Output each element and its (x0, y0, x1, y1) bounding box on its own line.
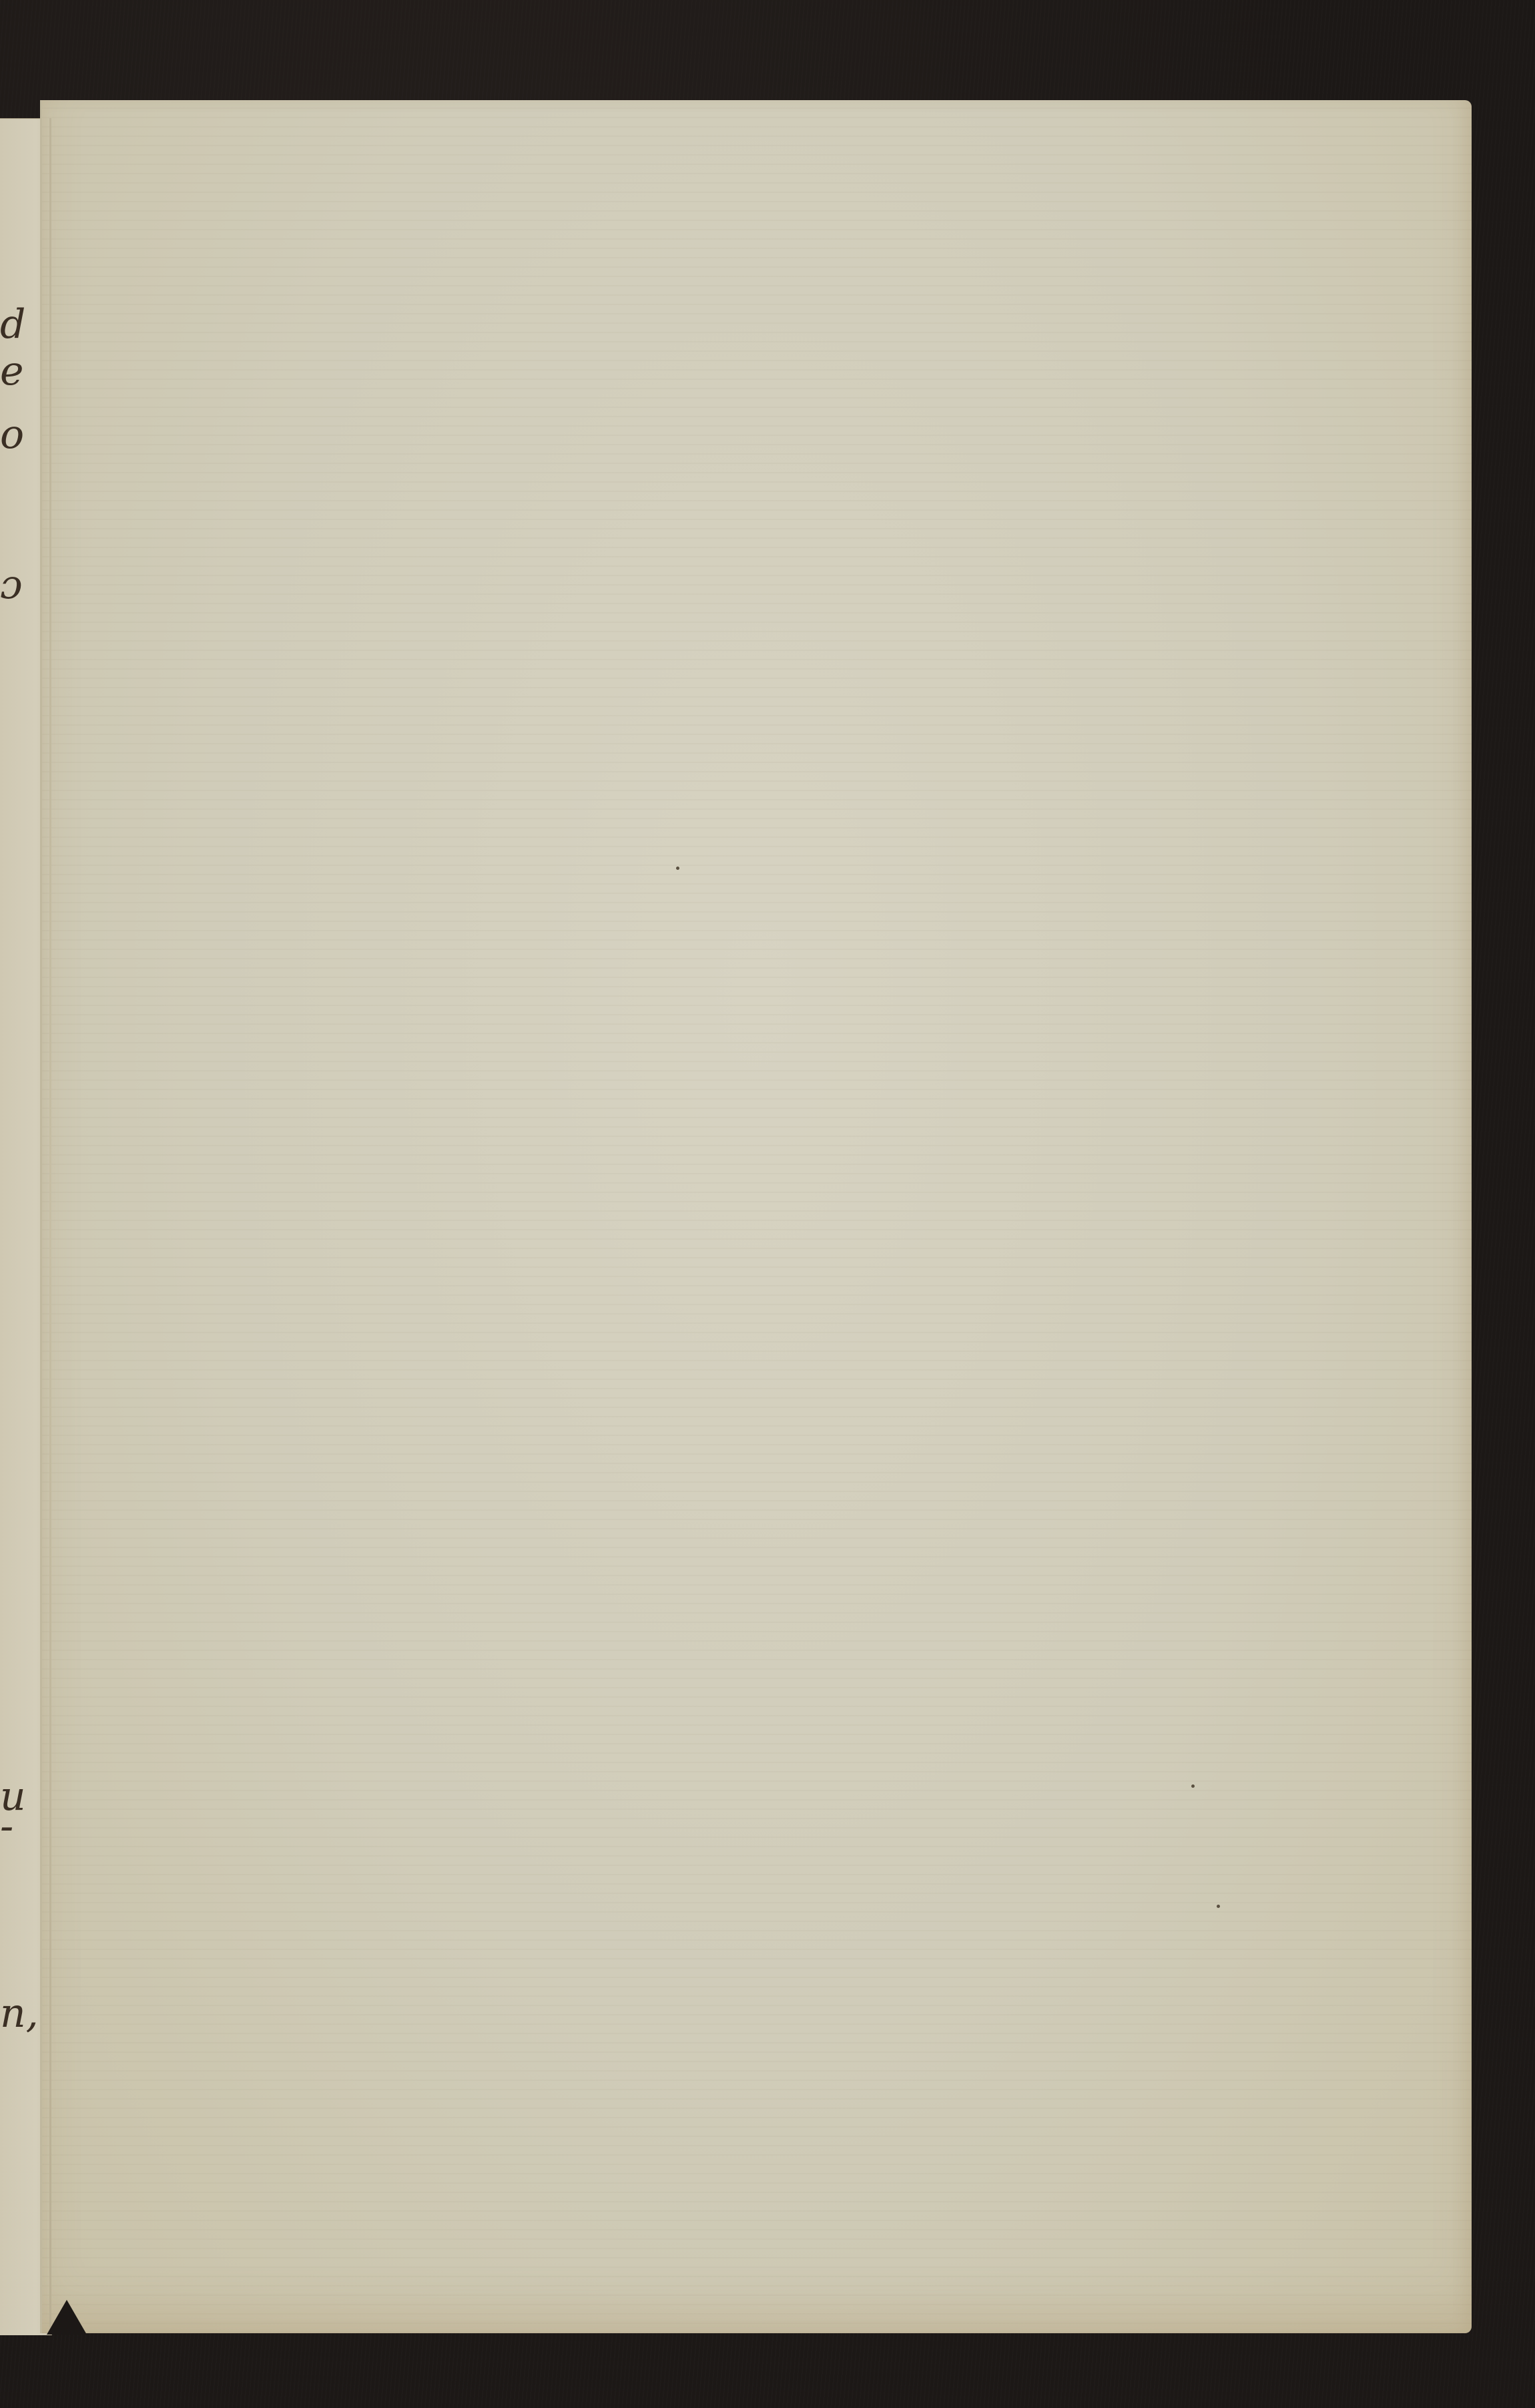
torn-edge (47, 2300, 87, 2335)
paper-speck (676, 867, 679, 870)
handwriting-fragment: ɔ (0, 565, 23, 605)
paper-speck (1191, 1784, 1195, 1788)
page-fold-line (49, 118, 51, 2333)
handwriting-fragment: o (0, 415, 24, 455)
blank-manuscript-page (40, 100, 1472, 2333)
paper-speck (1217, 1905, 1220, 1908)
handwriting-fragment: d (0, 304, 25, 344)
handwriting-fragment: - (0, 1807, 13, 1847)
handwriting-fragment: n, (0, 1993, 39, 2033)
handwriting-fragment: e (0, 351, 24, 391)
